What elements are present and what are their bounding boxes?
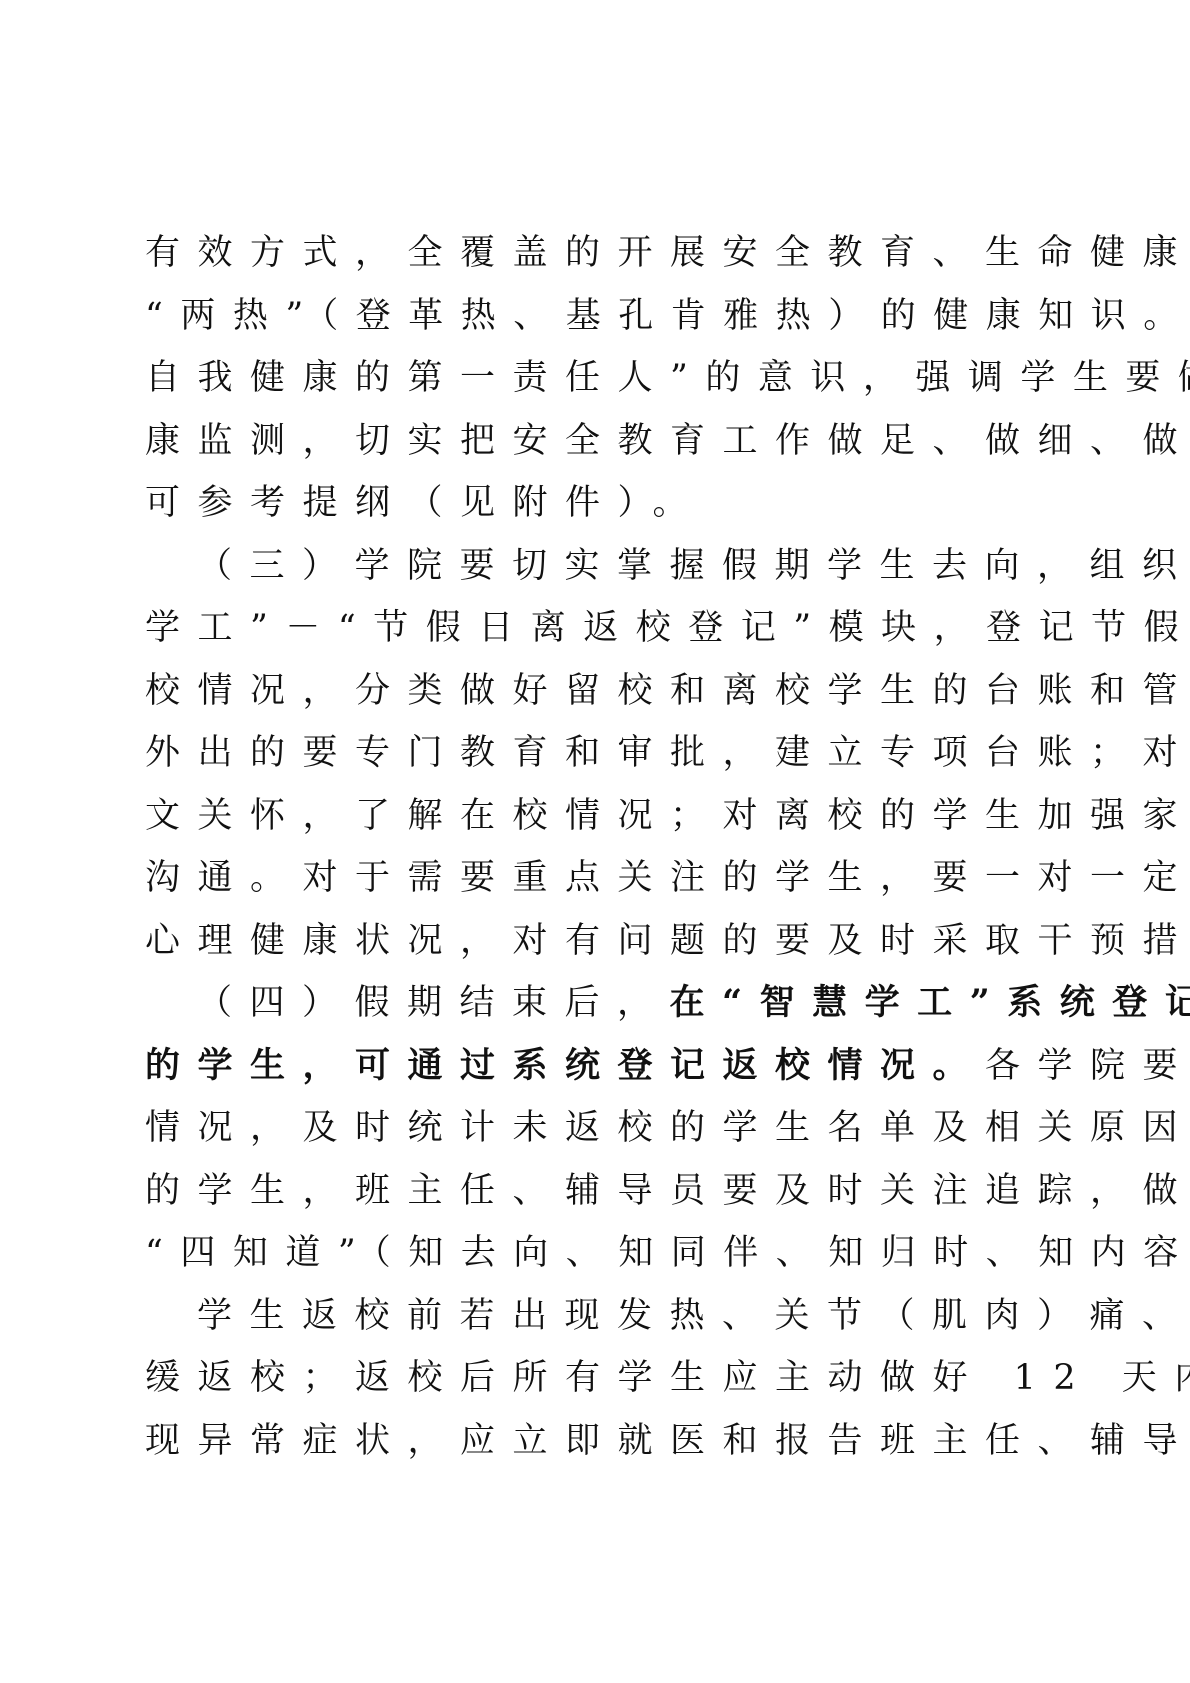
text-segment: 的学生，班主任、辅导员要及时关注追踪，做好家校联系，确保 [145,1171,1190,1211]
text-segment: 文关怀，了解在校情况；对离校的学生加强家校联系，保持紧密 [145,796,1190,836]
emphasis-text: 在“智慧学工”系统登记过节假日去向 [670,982,1190,1023]
document-page: 有效方式，全覆盖的开展安全教育、生命健康教育，特别是预防 “两热”（登革热、基孔… [145,222,1050,1472]
text-line: 文关怀，了解在校情况；对离校的学生加强家校联系，保持紧密 [145,785,1050,848]
text-segment: 康监测，切实把安全教育工作做足、做细、做实，安全教育内容 [145,421,1190,461]
text-segment: 校情况，分类做好留校和离校学生的台账和管理工作。对于集体 [145,671,1190,711]
text-line: 校情况，分类做好留校和离校学生的台账和管理工作。对于集体 [145,660,1050,723]
text-line: （三）学院要切实掌握假期学生去向，组织学生通过“智慧 [145,535,1050,598]
text-segment: 外出的要专门教育和审批，建立专项台账；对留校的学生加强人 [145,733,1190,773]
text-segment: （四）假期结束后， [197,983,670,1023]
text-segment: 学生返校前若出现发热、关节（肌肉）痛、皮疹等症状应暂 [197,1296,1190,1336]
text-segment: 心理健康状况，对有问题的要及时采取干预措施。 [145,921,1190,961]
text-line: 学生返校前若出现发热、关节（肌肉）痛、皮疹等症状应暂 [145,1285,1050,1348]
text-line: 康监测，切实把安全教育工作做足、做细、做实，安全教育内容 [145,410,1050,473]
text-segment: 沟通。对于需要重点关注的学生，要一对一定期跟踪，动态掌握 [145,858,1190,898]
paragraph-section-4: （四）假期结束后，在“智慧学工”系统登记过节假日去向 的学生，可通过系统登记返校… [145,972,1050,1285]
text-line: 现异常症状，应立即就医和报告班主任、辅导员。 [145,1410,1050,1473]
text-line: 的学生，班主任、辅导员要及时关注追踪，做好家校联系，确保 [145,1160,1050,1223]
text-segment: （三）学院要切实掌握假期学生去向，组织学生通过“智慧 [197,546,1190,586]
text-segment: 现异常症状，应立即就医和报告班主任、辅导员。 [145,1421,1190,1461]
text-segment: “两热”（登革热、基孔肯雅热）的健康知识。要强化“个人是 [145,296,1190,336]
text-line: 心理健康状况，对有问题的要及时采取干预措施。 [145,910,1050,973]
text-segment: 情况，及时统计未返校的学生名单及相关原因，对于未按时返校 [145,1108,1190,1148]
paragraph-health-monitoring: 学生返校前若出现发热、关节（肌肉）痛、皮疹等症状应暂 缓返校；返校后所有学生应主… [145,1285,1050,1473]
text-segment: “四知道”（知去向、知同伴、知归时、知内容）。 [145,1233,1190,1273]
text-line: “两热”（登革热、基孔肯雅热）的健康知识。要强化“个人是 [145,285,1050,348]
text-line: 沟通。对于需要重点关注的学生，要一对一定期跟踪，动态掌握 [145,847,1050,910]
text-segment: 自我健康的第一责任人”的意识，强调学生要做好防护和自我健 [145,358,1190,398]
text-line: 的学生，可通过系统登记返校情况。各学院要及时掌握学生返校 [145,1035,1050,1098]
emphasis-text: 的学生，可通过系统登记返校情况。 [145,1045,985,1086]
paragraph-section-3: （三）学院要切实掌握假期学生去向，组织学生通过“智慧 学工”－“节假日离返校登记… [145,535,1050,973]
text-line: 外出的要专门教育和审批，建立专项台账；对留校的学生加强人 [145,722,1050,785]
text-segment: 各学院要及时掌握学生返校 [985,1046,1190,1086]
text-line: 自我健康的第一责任人”的意识，强调学生要做好防护和自我健 [145,347,1050,410]
text-line: （四）假期结束后，在“智慧学工”系统登记过节假日去向 [145,972,1050,1035]
text-segment: 缓返校；返校后所有学生应主动做好 12 天内自我健康监测，若出 [145,1358,1190,1398]
text-line: 有效方式，全覆盖的开展安全教育、生命健康教育，特别是预防 [145,222,1050,285]
text-segment: 可参考提纲（见附件）。 [145,483,705,523]
text-segment: 学工”－“节假日离返校登记”模块，登记节假日期间的离校、留 [145,608,1190,648]
text-line: 可参考提纲（见附件）。 [145,472,1050,535]
text-segment: 有效方式，全覆盖的开展安全教育、生命健康教育，特别是预防 [145,233,1190,273]
paragraph-safety-education: 有效方式，全覆盖的开展安全教育、生命健康教育，特别是预防 “两热”（登革热、基孔… [145,222,1050,535]
text-line: 学工”－“节假日离返校登记”模块，登记节假日期间的离校、留 [145,597,1050,660]
text-line: “四知道”（知去向、知同伴、知归时、知内容）。 [145,1222,1050,1285]
text-line: 缓返校；返校后所有学生应主动做好 12 天内自我健康监测，若出 [145,1347,1050,1410]
text-line: 情况，及时统计未返校的学生名单及相关原因，对于未按时返校 [145,1097,1050,1160]
